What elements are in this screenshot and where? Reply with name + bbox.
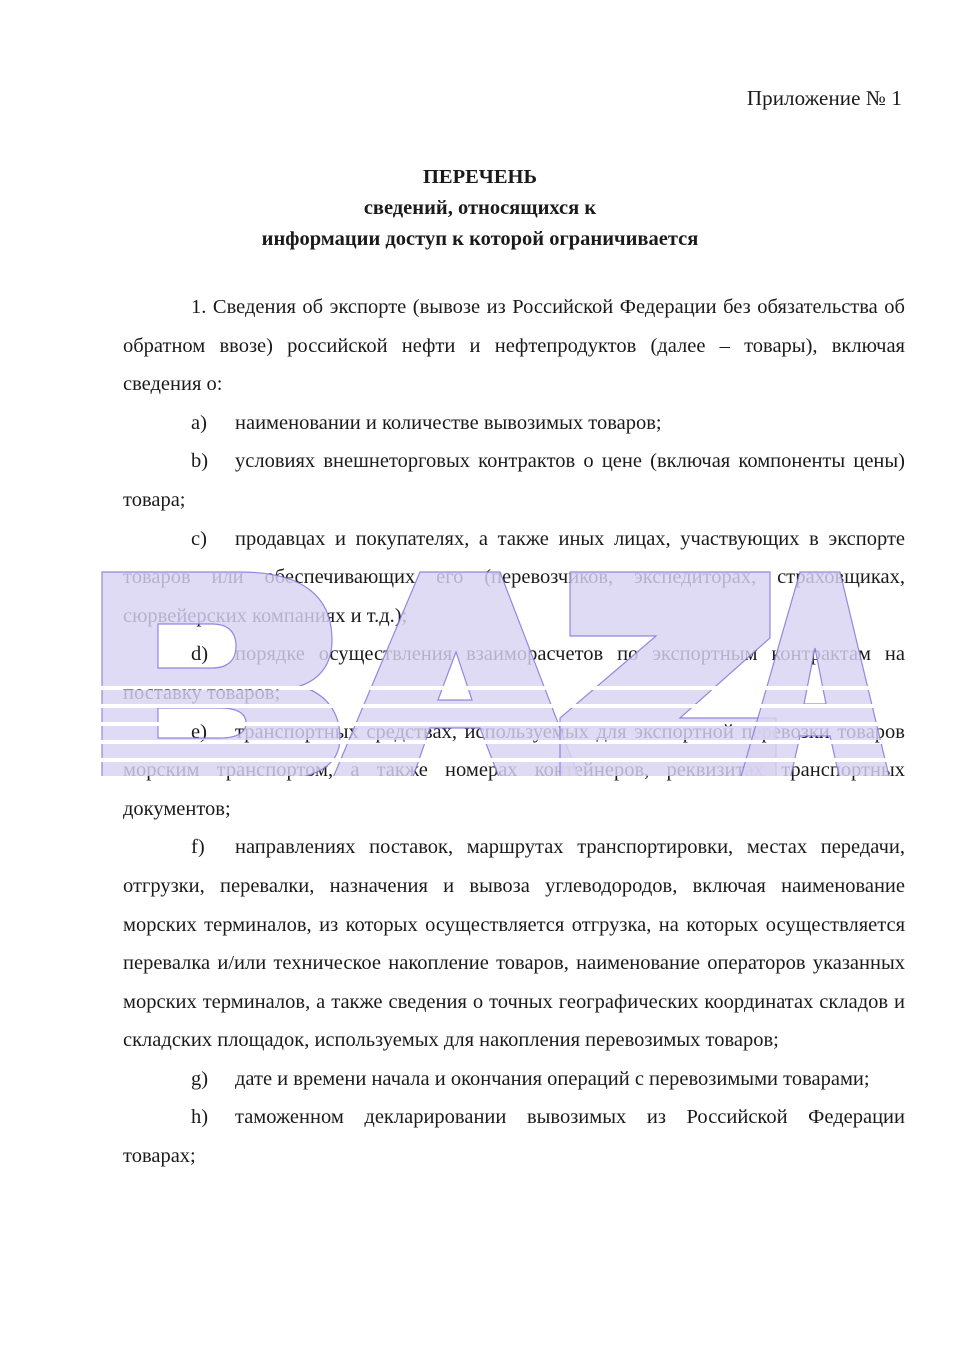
list-item-d: d)порядке осуществления взаиморасчетов п… [123,635,905,712]
list-item-h: h)таможенном декларировании вывозимых из… [123,1098,905,1175]
item-text: наименовании и количестве вывозимых това… [235,412,662,434]
item-text: условиях внешнеторговых контрактов о цен… [123,450,905,511]
document-heading: ПЕРЕЧЕНЬ сведений, относящихся к информа… [0,162,960,255]
section-1-intro: 1. Сведения об экспорте (вывозе из Росси… [123,288,905,404]
item-text: направлениях поставок, маршрутах транспо… [123,836,905,1051]
item-text: таможенном декларировании вывозимых из Р… [123,1106,905,1167]
document-title: ПЕРЕЧЕНЬ [0,162,960,193]
document-page: Приложение № 1 ПЕРЕЧЕНЬ сведений, относя… [0,0,960,1348]
list-item-g: g)дате и времени начала и окончания опер… [123,1060,905,1099]
list-item-a: a)наименовании и количестве вывозимых то… [123,404,905,443]
list-item-e: e)транспортных средствах, используемых д… [123,713,905,829]
item-label: d) [191,635,235,674]
item-label: e) [191,713,235,752]
item-text: транспортных средствах, используемых для… [123,721,905,820]
list-item-f: f)направлениях поставок, маршрутах транс… [123,828,905,1060]
document-subtitle-line1: сведений, относящихся к [0,193,960,224]
document-subtitle-line2: информации доступ к которой ограничивает… [0,224,960,255]
item-text: продавцах и покупателях, а также иных ли… [123,528,905,627]
item-label: f) [191,828,235,867]
item-label: b) [191,442,235,481]
item-label: g) [191,1060,235,1099]
item-text: дате и времени начала и окончания операц… [235,1068,870,1090]
appendix-label: Приложение № 1 [747,86,902,111]
item-text: порядке осуществления взаиморасчетов по … [123,643,905,704]
item-label: c) [191,520,235,559]
item-label: h) [191,1098,235,1137]
document-body: 1. Сведения об экспорте (вывозе из Росси… [123,288,905,1176]
list-item-c: c)продавцах и покупателях, а также иных … [123,520,905,636]
list-item-b: b)условиях внешнеторговых контрактов о ц… [123,442,905,519]
item-label: a) [191,404,235,443]
